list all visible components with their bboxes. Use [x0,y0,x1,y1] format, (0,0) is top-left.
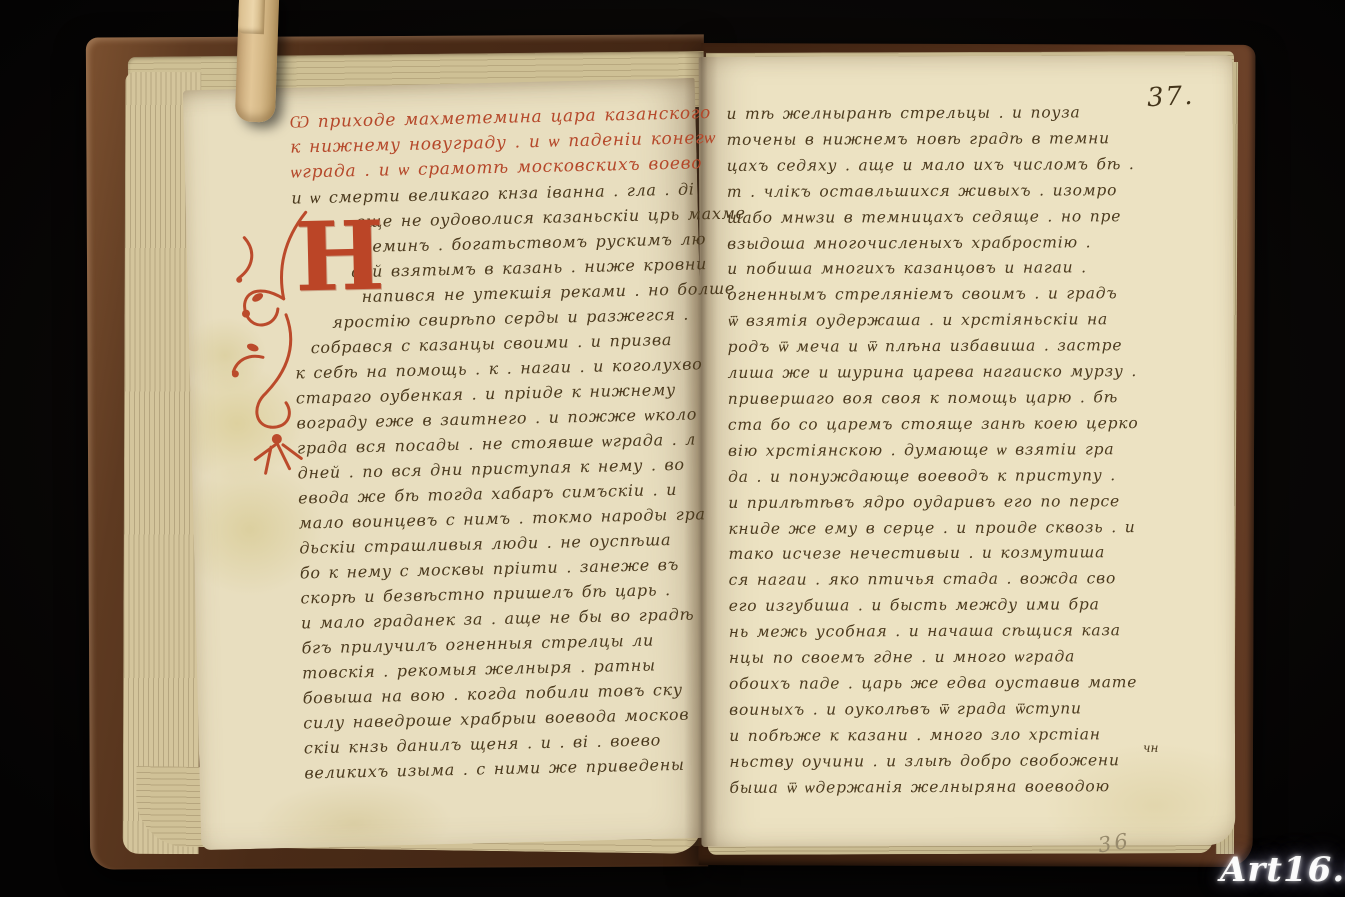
manuscript-line: нцы по своемъ гдне . и много ѡграда [729,644,1141,672]
manuscript-line: огненнымъ стреляніемъ своимъ . и градъ [727,281,1139,309]
manuscript-line: ста бо со царемъ стояще занѣ коею церко [728,411,1140,439]
manuscript-line: обоихъ паде . царь же едва оуставив мате [729,670,1141,698]
manuscript-line: его изгубиша . и бысть между ими бра [729,592,1141,620]
manuscript-line: и побѣже к казани . много зло хрстіан [729,722,1141,750]
manuscript-line: нь межь усобная . и начаша сѣщися каза [729,618,1141,646]
manuscript-line: шабо мнѡзи в темницахъ седяще . но пре [727,204,1139,232]
manuscript-line: ся нагаи . яко птичья стада . вожда сво [729,566,1141,594]
photo-background: { "watermark": { "text": "Art16.ru" }, "… [0,0,1345,897]
manuscript-line: ѿ взятія оудержаша . и хрстіяньскіи на [727,307,1139,335]
manuscript-line: ньству оучини . и злыѣ добро свобожени [729,748,1141,776]
manuscript-line: книде же ему в серце . и проиде сквозь .… [728,515,1140,543]
site-watermark: Art16.ru [1220,850,1345,890]
manuscript-line: и побиша многихъ казанцовъ и нагаи . [727,256,1139,284]
manuscript-line: тако исчезе нечестивыи . и козмутиша [728,541,1140,569]
manuscript-line: родъ ѿ меча и ѿ плѣна избавиша . застре [727,333,1139,361]
initial-flourish-icon [220,206,338,488]
manuscript-line: и тѣ желныранѣ стрельцы . и поуза [726,100,1138,128]
folio-number: 37. [1146,81,1195,113]
manuscript-line: быша ѿ ѡдержанія желныряна воеводою [729,774,1141,802]
manuscript-line: т . члікъ оставльшихся живыхъ . изомро [727,178,1139,206]
manuscript-line: привершаго воя своя к помощь царю . бѣ [728,385,1140,413]
marginal-note: чн [1143,741,1158,755]
manuscript-line: вію хрстіянскою . думающе ѡ взятіи гра [728,437,1140,465]
manuscript-line: воиныхъ . и оуколѣвъ ѿ града ѿступи [729,696,1141,724]
bookmark-stick-top [238,0,265,34]
right-page-text: и тѣ желныранѣ стрельцы . и поуза точены… [726,100,1141,801]
pencil-page-number: 36 [1096,829,1132,858]
left-page-text: Ѡ приходе махметемина цара казанского к … [289,102,704,786]
manuscript-line: и прилѣтѣвъ ядро оударивъ его по персе [728,489,1140,517]
manuscript-line: цахъ седяху . аще и мало ихъ числомъ бѣ … [727,152,1139,180]
manuscript-line: точены в нижнемъ новѣ градѣ в темни [727,126,1139,154]
manuscript-line: да . и понуждающе воеводъ к приступу . [728,463,1140,491]
manuscript-line: лиша же и шурина царева нагаиско мурзу . [728,359,1140,387]
bookmark-stick[interactable] [235,0,279,123]
manuscript-line: взыдоша многочисленыхъ храбростію . [727,230,1139,258]
